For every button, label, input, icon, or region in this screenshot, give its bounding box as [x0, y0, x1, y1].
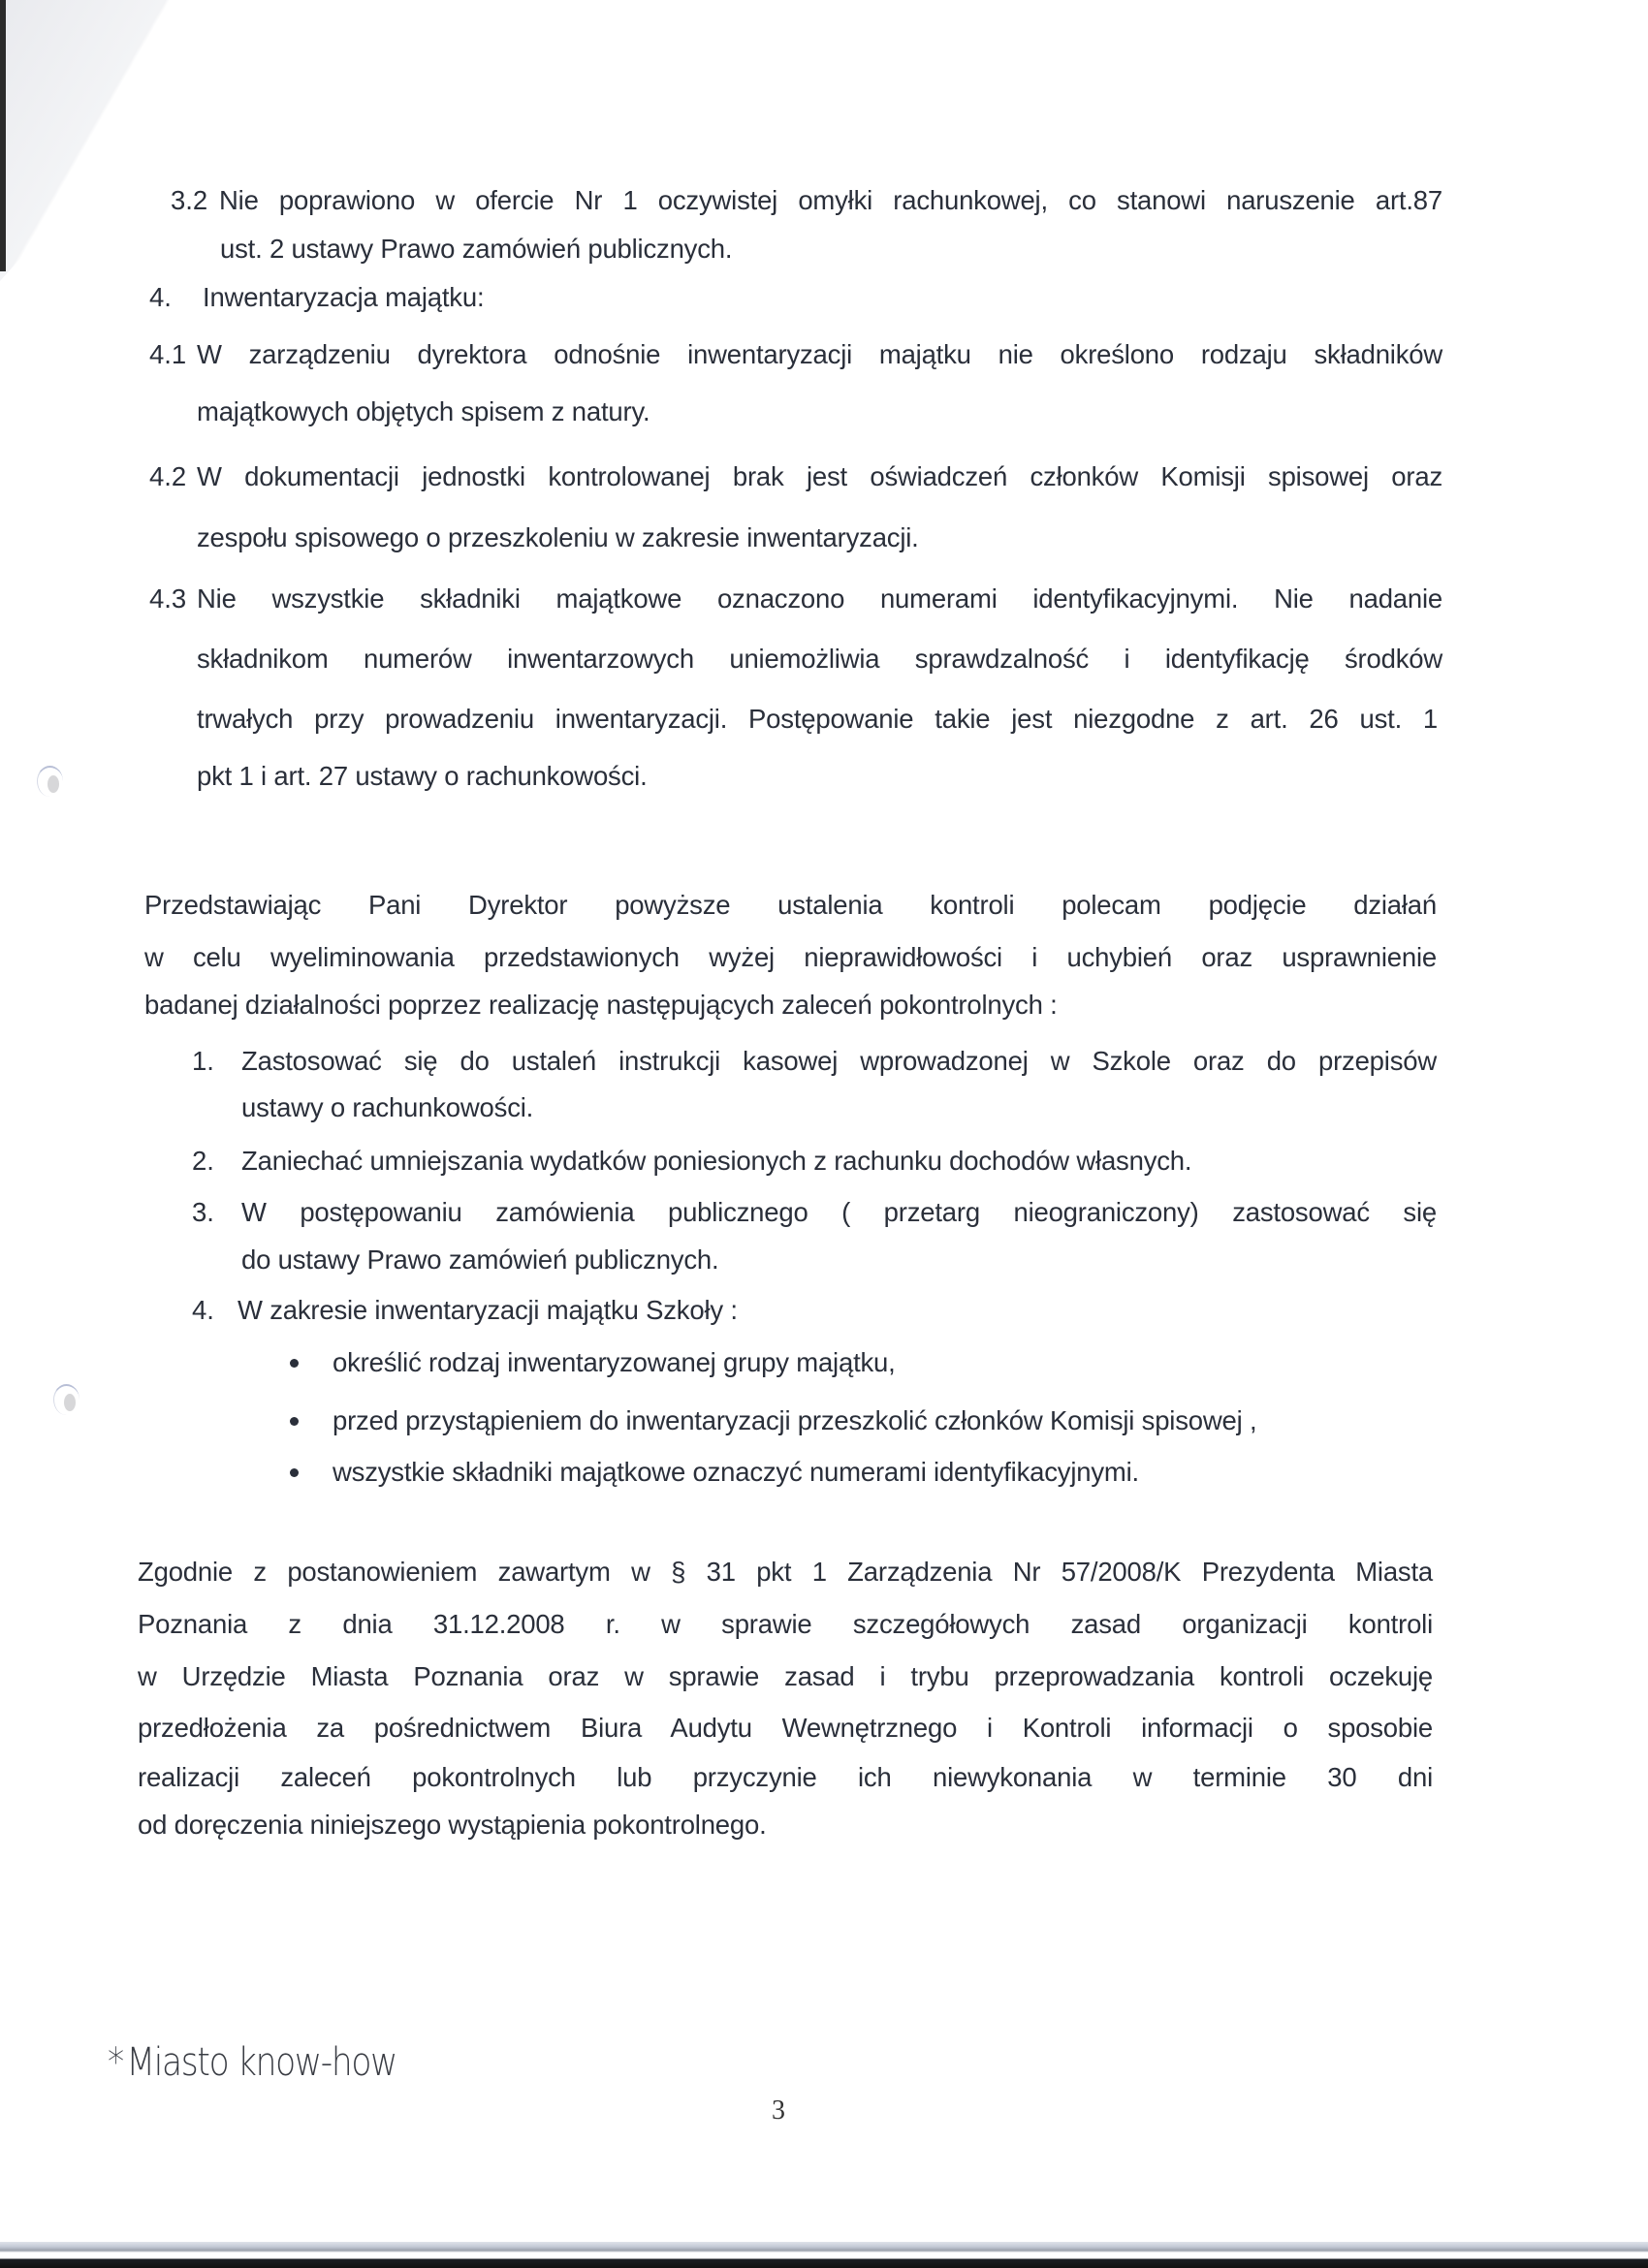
- item-number: 4.1: [149, 338, 186, 371]
- finding-text: pkt 1 i art. 27 ustawy o rachunkowości.: [197, 760, 648, 793]
- list-item-text: W zakresie inwentaryzacji majątku Szkoły…: [238, 1294, 738, 1327]
- paragraph-line: Zgodnie z postanowieniem zawartym w § 31…: [138, 1556, 1433, 1589]
- paragraph-line: badanej działalności poprzez realizację …: [144, 989, 1058, 1022]
- scan-corner-shadow: [0, 0, 252, 281]
- paragraph-line: od doręczenia niniejszego wystąpienia po…: [138, 1809, 767, 1842]
- paragraph-line: realizacji zaleceń pokontrolnych lub prz…: [138, 1761, 1433, 1794]
- item-number: 4.2: [149, 460, 186, 493]
- finding-text: zespołu spisowego o przeszkoleniu w zakr…: [197, 521, 919, 554]
- bullet-icon: [290, 1468, 299, 1477]
- punch-hole-icon: [53, 1384, 79, 1415]
- item-number: 4.3: [149, 583, 186, 615]
- finding-text: trwałych przy prowadzeniu inwentaryzacji…: [197, 703, 1438, 736]
- finding-text: składnikom numerów inwentarzowych uniemo…: [197, 643, 1442, 676]
- list-item-text: W postępowaniu zamówienia publicznego ( …: [241, 1196, 1437, 1229]
- punch-hole-icon: [37, 766, 63, 797]
- list-item-text: ustawy o rachunkowości.: [241, 1091, 533, 1124]
- list-number: 4.: [192, 1294, 214, 1327]
- paragraph-line: Przedstawiając Pani Dyrektor powyższe us…: [144, 889, 1437, 922]
- list-number: 1.: [192, 1045, 214, 1078]
- item-number: 4.: [149, 281, 172, 314]
- footer-logo: *Miasto know-how: [108, 2040, 396, 2085]
- bullet-text: określić rodzaj inwentaryzowanej grupy m…: [333, 1346, 896, 1379]
- paragraph-line: w celu wyeliminowania przedstawionych wy…: [144, 941, 1437, 974]
- scan-bottom-edge: [0, 2242, 1648, 2268]
- finding-text: ust. 2 ustawy Prawo zamówień publicznych…: [220, 233, 732, 266]
- finding-text: Nie wszystkie składniki majątkowe oznacz…: [197, 583, 1442, 615]
- list-number: 3.: [192, 1196, 214, 1229]
- scan-edge: [0, 0, 6, 271]
- finding-text: Nie poprawiono w ofercie Nr 1 oczywistej…: [219, 184, 1442, 217]
- bullet-text: wszystkie składniki majątkowe oznaczyć n…: [333, 1456, 1139, 1489]
- section-heading: Inwentaryzacja majątku:: [203, 281, 484, 314]
- item-number: 3.2: [171, 184, 207, 217]
- bullet-icon: [290, 1417, 299, 1426]
- bullet-text: przed przystąpieniem do inwentaryzacji p…: [333, 1404, 1256, 1437]
- paragraph-line: Poznania z dnia 31.12.2008 r. w sprawie …: [138, 1608, 1433, 1641]
- finding-text: majątkowych objętych spisem z natury.: [197, 395, 650, 428]
- list-number: 2.: [192, 1145, 214, 1178]
- paragraph-line: w Urzędzie Miasta Poznania oraz w sprawi…: [138, 1660, 1433, 1693]
- finding-text: W zarządzeniu dyrektora odnośnie inwenta…: [197, 338, 1442, 371]
- logo-text: Miasto know-how: [126, 2040, 396, 2085]
- finding-text: W dokumentacji jednostki kontrolowanej b…: [197, 460, 1442, 493]
- list-item-text: Zaniechać umniejszania wydatków poniesio…: [241, 1145, 1191, 1178]
- bullet-icon: [290, 1359, 299, 1368]
- paragraph-line: przedłożenia za pośrednictwem Biura Audy…: [138, 1712, 1433, 1745]
- page-number: 3: [772, 2095, 785, 2126]
- list-item-text: Zastosować się do ustaleń instrukcji kas…: [241, 1045, 1437, 1078]
- list-item-text: do ustawy Prawo zamówień publicznych.: [241, 1244, 718, 1276]
- asterisk-icon: *: [108, 2040, 123, 2085]
